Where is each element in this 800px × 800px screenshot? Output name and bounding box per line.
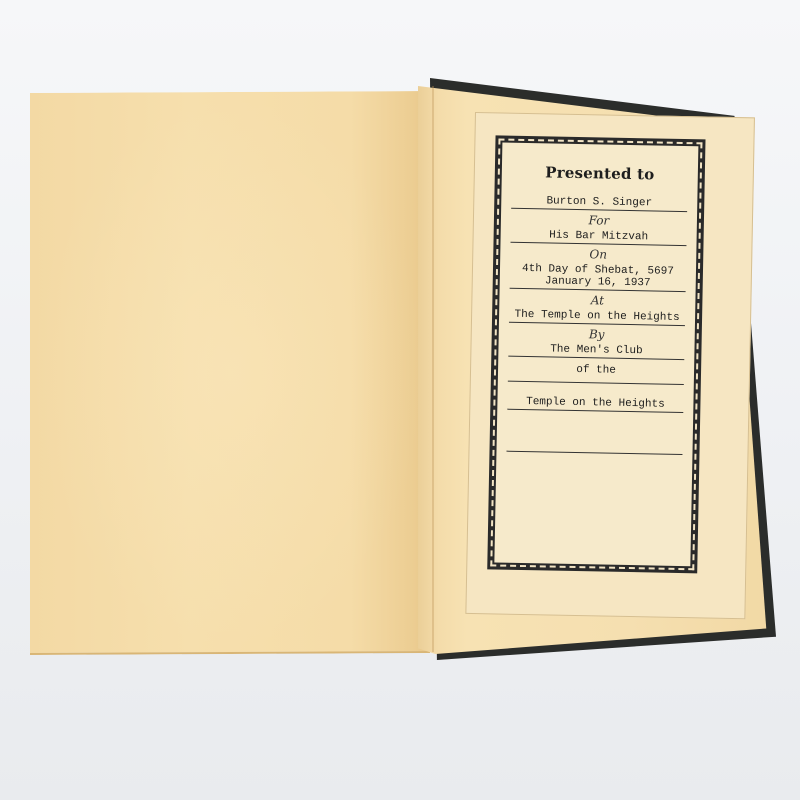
occasion-field: His Bar Mitzvah [510, 229, 686, 246]
recipient-field: Burton S. Singer [511, 195, 687, 212]
bookplate-paper: Presented to Burton S. Singer For His Ba… [465, 112, 755, 619]
by-label: By [505, 326, 689, 344]
blank-signature-line [506, 438, 682, 455]
bookplate-title: Presented to [508, 163, 692, 185]
left-blank-page [30, 91, 430, 655]
at-label: At [505, 292, 689, 310]
location-field: The Temple on the Heights [509, 309, 685, 326]
on-label: On [506, 246, 690, 264]
gutter-fold [432, 86, 434, 652]
book-photo: Presented to Burton S. Singer For His Ba… [0, 0, 800, 800]
date-field: 4th Day of Shebat, 5697 January 16, 1937 [510, 263, 686, 292]
bookplate-decorative-border: Presented to Burton S. Singer For His Ba… [487, 135, 705, 573]
bookplate-content: Presented to Burton S. Singer For His Ba… [494, 143, 698, 567]
for-label: For [507, 212, 691, 230]
